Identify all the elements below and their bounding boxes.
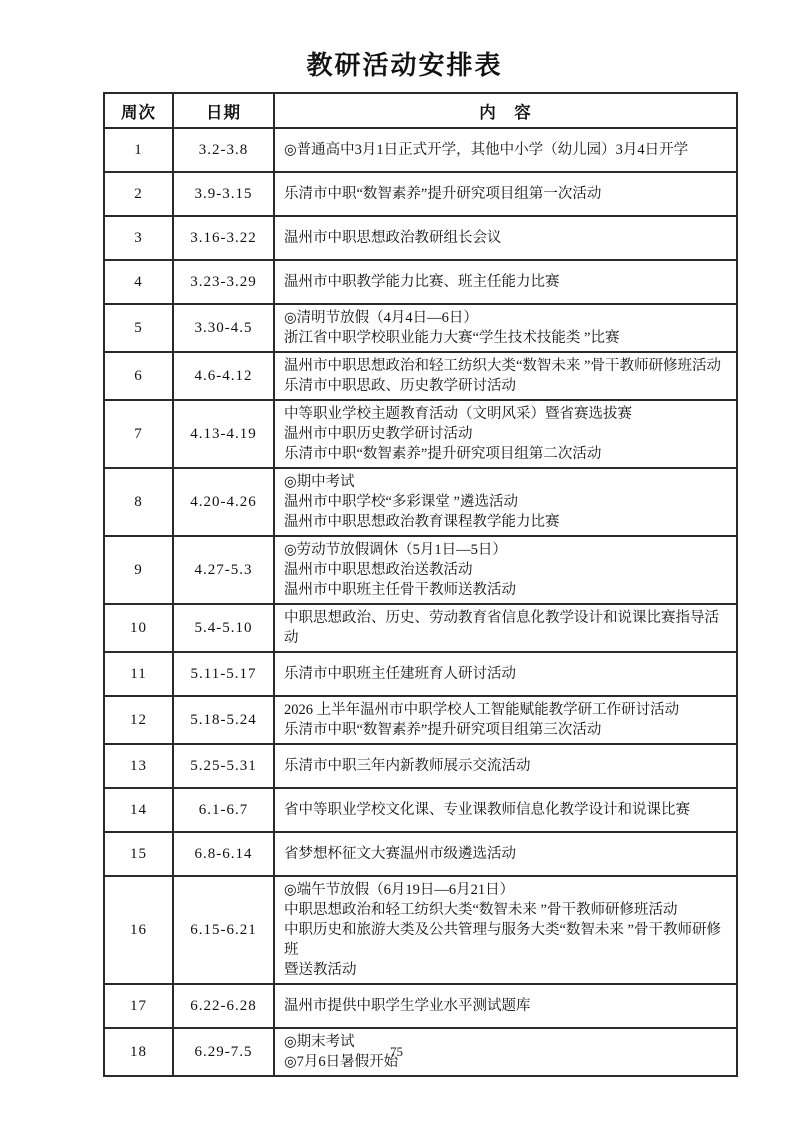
date-cell: 3.16-3.22 [173, 216, 274, 260]
content-line: 温州市中职班主任骨干教师送教活动 [284, 580, 732, 600]
content-line: 乐清市中职“数智素养”提升研究项目组第一次活动 [284, 184, 732, 204]
content-line: 省中等职业学校文化课、专业课教师信息化教学设计和说课比赛 [284, 800, 732, 820]
table-row: 125.18-5.242026 上半年温州市中职学校人工智能赋能教学研工作研讨活… [104, 696, 737, 744]
content-cell: 省梦想杯征文大赛温州市级遴选活动 [274, 832, 737, 876]
table-row: 176.22-6.28温州市提供中职学生学业水平测试题库 [104, 984, 737, 1028]
week-cell: 7 [104, 400, 173, 468]
content-line: ◎期中考试 [284, 472, 732, 492]
table-row: 53.30-4.5◎清明节放假（4月4日—6日）浙江省中职学校职业能力大赛“学生… [104, 304, 737, 352]
content-line: ◎清明节放假（4月4日—6日） [284, 308, 732, 328]
header-date: 日期 [173, 93, 274, 128]
content-line: 乐清市中职三年内新教师展示交流活动 [284, 756, 732, 776]
content-line: 中职思想政治、历史、劳动教育省信息化教学设计和说课比赛指导活动 [284, 608, 732, 648]
document-page: 教研活动安排表 周次 日期 内 容 13.2-3.8◎普通高中3月1日正式开学，… [0, 0, 793, 1122]
table-row: 115.11-5.17乐清市中职班主任建班育人研讨活动 [104, 652, 737, 696]
content-line: 温州市中职思想政治和轻工纺织大类“数智未来 ”骨干教师研修班活动 [284, 356, 732, 376]
header-row: 周次 日期 内 容 [104, 93, 737, 128]
week-cell: 1 [104, 128, 173, 172]
content-line: 温州市中职思想政治教育课程教学能力比赛 [284, 512, 732, 532]
table-row: 94.27-5.3◎劳动节放假调休（5月1日—5日）温州市中职思想政治送教活动温… [104, 536, 737, 604]
date-cell: 5.4-5.10 [173, 604, 274, 652]
date-cell: 6.8-6.14 [173, 832, 274, 876]
table-row: 23.9-3.15乐清市中职“数智素养”提升研究项目组第一次活动 [104, 172, 737, 216]
week-cell: 13 [104, 744, 173, 788]
table-row: 105.4-5.10中职思想政治、历史、劳动教育省信息化教学设计和说课比赛指导活… [104, 604, 737, 652]
content-line: 温州市提供中职学生学业水平测试题库 [284, 996, 732, 1016]
content-line: 温州市中职思想政治教研组长会议 [284, 228, 732, 248]
content-line: 乐清市中职思政、历史教学研讨活动 [284, 376, 732, 396]
content-cell: 乐清市中职班主任建班育人研讨活动 [274, 652, 737, 696]
content-line: ◎普通高中3月1日正式开学，其他中小学（幼儿园）3月4日开学 [284, 140, 732, 160]
week-cell: 17 [104, 984, 173, 1028]
content-line: 2026 上半年温州市中职学校人工智能赋能教学研工作研讨活动 [284, 700, 732, 720]
table-row: 146.1-6.7省中等职业学校文化课、专业课教师信息化教学设计和说课比赛 [104, 788, 737, 832]
content-cell: 省中等职业学校文化课、专业课教师信息化教学设计和说课比赛 [274, 788, 737, 832]
content-line: 中职思想政治和轻工纺织大类“数智未来 ”骨干教师研修班活动 [284, 900, 732, 920]
content-line: 温州市中职教学能力比赛、班主任能力比赛 [284, 272, 732, 292]
content-cell: ◎清明节放假（4月4日—6日）浙江省中职学校职业能力大赛“学生技术技能类 ”比赛 [274, 304, 737, 352]
content-cell: 温州市中职思想政治和轻工纺织大类“数智未来 ”骨干教师研修班活动乐清市中职思政、… [274, 352, 737, 400]
date-cell: 6.15-6.21 [173, 876, 274, 984]
week-cell: 10 [104, 604, 173, 652]
content-line: 温州市中职历史教学研讨活动 [284, 424, 732, 444]
week-cell: 16 [104, 876, 173, 984]
date-cell: 3.2-3.8 [173, 128, 274, 172]
header-content: 内 容 [274, 93, 737, 128]
week-cell: 4 [104, 260, 173, 304]
date-cell: 3.23-3.29 [173, 260, 274, 304]
content-cell: 乐清市中职“数智素养”提升研究项目组第一次活动 [274, 172, 737, 216]
week-cell: 15 [104, 832, 173, 876]
header-week: 周次 [104, 93, 173, 128]
table-row: 84.20-4.26◎期中考试温州市中职学校“多彩课堂 ”遴选活动温州市中职思想… [104, 468, 737, 536]
content-cell: 中等职业学校主题教育活动（文明风采）暨省赛选拔赛温州市中职历史教学研讨活动乐清市… [274, 400, 737, 468]
table-row: 43.23-3.29温州市中职教学能力比赛、班主任能力比赛 [104, 260, 737, 304]
week-cell: 12 [104, 696, 173, 744]
table-row: 166.15-6.21◎端午节放假（6月19日—6月21日）中职思想政治和轻工纺… [104, 876, 737, 984]
content-cell: 温州市中职教学能力比赛、班主任能力比赛 [274, 260, 737, 304]
date-cell: 4.27-5.3 [173, 536, 274, 604]
content-line: 省梦想杯征文大赛温州市级遴选活动 [284, 844, 732, 864]
date-cell: 5.11-5.17 [173, 652, 274, 696]
content-cell: ◎端午节放假（6月19日—6月21日）中职思想政治和轻工纺织大类“数智未来 ”骨… [274, 876, 737, 984]
week-cell: 2 [104, 172, 173, 216]
table-row: 156.8-6.14省梦想杯征文大赛温州市级遴选活动 [104, 832, 737, 876]
content-line: 乐清市中职“数智素养”提升研究项目组第三次活动 [284, 720, 732, 740]
content-cell: 乐清市中职三年内新教师展示交流活动 [274, 744, 737, 788]
page-number: 75 [0, 1044, 793, 1060]
week-cell: 9 [104, 536, 173, 604]
date-cell: 3.30-4.5 [173, 304, 274, 352]
week-cell: 5 [104, 304, 173, 352]
content-cell: 中职思想政治、历史、劳动教育省信息化教学设计和说课比赛指导活动 [274, 604, 737, 652]
content-cell: 2026 上半年温州市中职学校人工智能赋能教学研工作研讨活动乐清市中职“数智素养… [274, 696, 737, 744]
date-cell: 4.6-4.12 [173, 352, 274, 400]
content-cell: 温州市提供中职学生学业水平测试题库 [274, 984, 737, 1028]
date-cell: 6.22-6.28 [173, 984, 274, 1028]
content-line: 乐清市中职“数智素养”提升研究项目组第二次活动 [284, 444, 732, 464]
content-line: ◎劳动节放假调休（5月1日—5日） [284, 540, 732, 560]
week-cell: 8 [104, 468, 173, 536]
content-cell: ◎普通高中3月1日正式开学，其他中小学（幼儿园）3月4日开学 [274, 128, 737, 172]
content-cell: ◎期中考试温州市中职学校“多彩课堂 ”遴选活动温州市中职思想政治教育课程教学能力… [274, 468, 737, 536]
content-cell: 温州市中职思想政治教研组长会议 [274, 216, 737, 260]
content-cell: ◎劳动节放假调休（5月1日—5日）温州市中职思想政治送教活动温州市中职班主任骨干… [274, 536, 737, 604]
date-cell: 3.9-3.15 [173, 172, 274, 216]
week-cell: 11 [104, 652, 173, 696]
page-title: 教研活动安排表 [88, 50, 721, 82]
content-line: 温州市中职学校“多彩课堂 ”遴选活动 [284, 492, 732, 512]
schedule-table: 周次 日期 内 容 13.2-3.8◎普通高中3月1日正式开学，其他中小学（幼儿… [103, 92, 738, 1077]
week-cell: 3 [104, 216, 173, 260]
content-line: 中等职业学校主题教育活动（文明风采）暨省赛选拔赛 [284, 404, 732, 424]
date-cell: 5.25-5.31 [173, 744, 274, 788]
week-cell: 14 [104, 788, 173, 832]
table-row: 64.6-4.12温州市中职思想政治和轻工纺织大类“数智未来 ”骨干教师研修班活… [104, 352, 737, 400]
table-row: 74.13-4.19中等职业学校主题教育活动（文明风采）暨省赛选拔赛温州市中职历… [104, 400, 737, 468]
date-cell: 4.20-4.26 [173, 468, 274, 536]
date-cell: 4.13-4.19 [173, 400, 274, 468]
content-line: 暨送教活动 [284, 960, 732, 980]
week-cell: 6 [104, 352, 173, 400]
content-line: 温州市中职思想政治送教活动 [284, 560, 732, 580]
content-line: ◎端午节放假（6月19日—6月21日） [284, 880, 732, 900]
table-row: 33.16-3.22温州市中职思想政治教研组长会议 [104, 216, 737, 260]
content-line: 中职历史和旅游大类及公共管理与服务大类“数智未来 ”骨干教师研修班 [284, 920, 732, 960]
content-line: 乐清市中职班主任建班育人研讨活动 [284, 664, 732, 684]
table-row: 13.2-3.8◎普通高中3月1日正式开学，其他中小学（幼儿园）3月4日开学 [104, 128, 737, 172]
table-row: 135.25-5.31乐清市中职三年内新教师展示交流活动 [104, 744, 737, 788]
table-body: 13.2-3.8◎普通高中3月1日正式开学，其他中小学（幼儿园）3月4日开学23… [104, 128, 737, 1076]
date-cell: 5.18-5.24 [173, 696, 274, 744]
content-line: 浙江省中职学校职业能力大赛“学生技术技能类 ”比赛 [284, 328, 732, 348]
date-cell: 6.1-6.7 [173, 788, 274, 832]
